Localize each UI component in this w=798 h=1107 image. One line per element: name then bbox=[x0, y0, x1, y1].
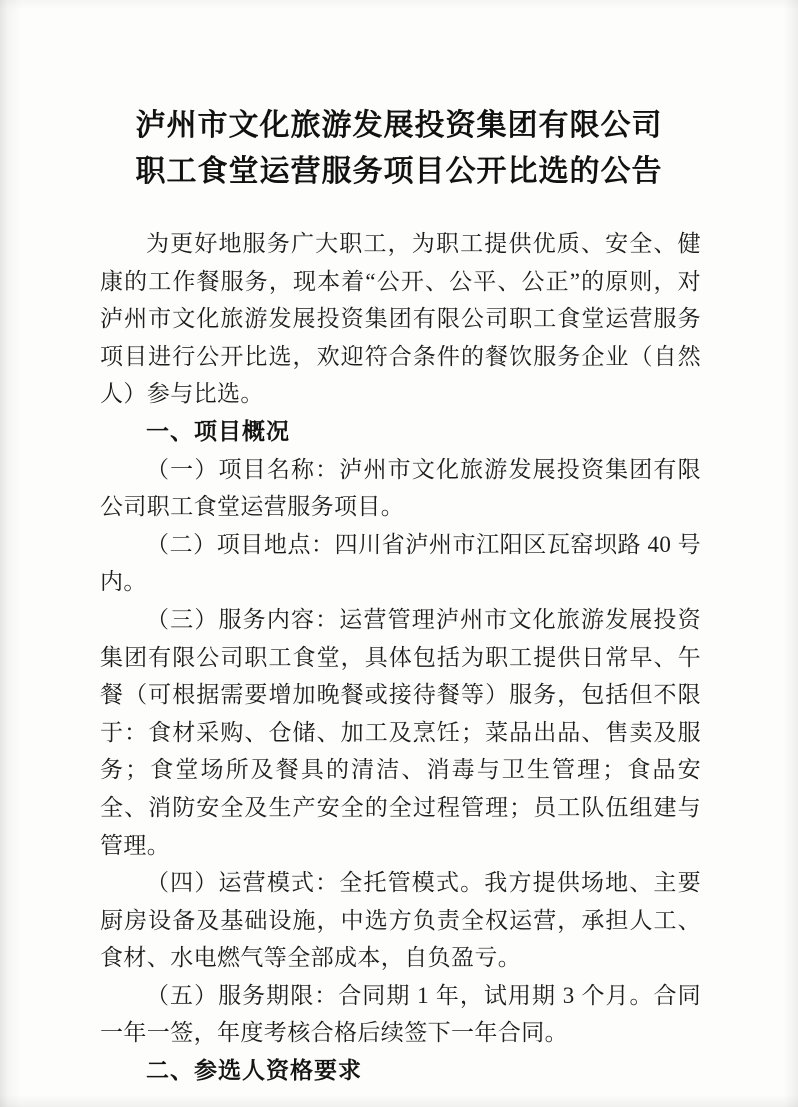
paragraph-service-term: （五）服务期限：合同期 1 年，试用期 3 个月。合同一年一签，年度考核合格后续… bbox=[100, 977, 701, 1052]
document-title: 泸州市文化旅游发展投资集团有限公司 职工食堂运营服务项目公开比选的公告 bbox=[0, 0, 798, 195]
paragraph-service-content: （三）服务内容：运营管理泸州市文化旅游发展投资集团有限公司职工食堂，具体包括为职… bbox=[100, 601, 701, 864]
paragraph-project-location: （二）项目地点：四川省泸州市江阳区瓦窑坝路 40 号内。 bbox=[100, 526, 701, 601]
section-heading-project-overview: 一、项目概况 bbox=[100, 413, 701, 451]
paragraph-operation-mode: （四）运营模式：全托管模式。我方提供场地、主要厨房设备及基础设施，中选方负责全权… bbox=[100, 864, 701, 977]
paragraph-project-name: （一）项目名称：泸州市文化旅游发展投资集团有限公司职工食堂运营服务项目。 bbox=[100, 451, 701, 526]
document-title-line-2: 职工食堂运营服务项目公开比选的公告 bbox=[0, 149, 798, 195]
document-page: 泸州市文化旅游发展投资集团有限公司 职工食堂运营服务项目公开比选的公告 为更好地… bbox=[0, 0, 798, 1107]
document-body: 为更好地服务广大职工，为职工提供优质、安全、健康的工作餐服务，现本着“公开、公平… bbox=[100, 225, 701, 1090]
intro-paragraph: 为更好地服务广大职工，为职工提供优质、安全、健康的工作餐服务，现本着“公开、公平… bbox=[100, 225, 701, 413]
document-title-line-1: 泸州市文化旅游发展投资集团有限公司 bbox=[0, 103, 798, 149]
section-heading-participant-qualifications: 二、参选人资格要求 bbox=[100, 1052, 701, 1090]
